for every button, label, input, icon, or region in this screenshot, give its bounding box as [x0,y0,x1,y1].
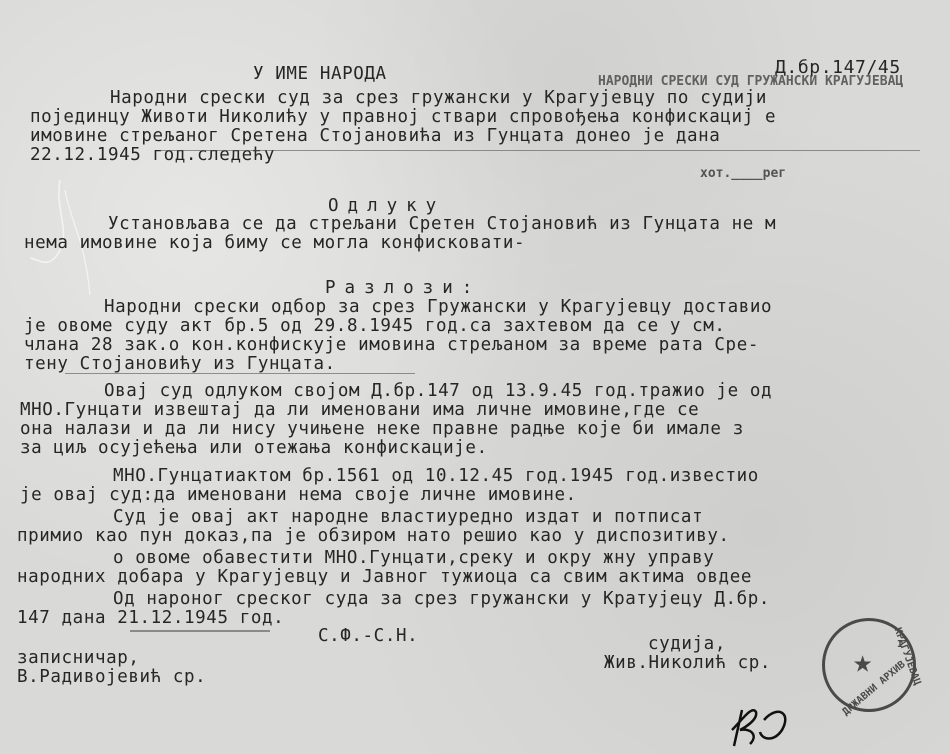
reasons-line-14: народних добара у Крагујевцу и Јавног ту… [17,567,752,587]
clerk-name: В.Радивојевић ср. [17,667,206,687]
reasons-line-3: члана 28 зак.о кон.конфискује имовина ст… [24,335,759,355]
decision-line-1: Установљава се да стрељани Сретен Стојан… [108,214,776,234]
stamp-inner-text: КРАГУЈЕВАЦ [892,626,923,686]
reasons-heading: Разлози: [325,278,481,298]
decision-line-2: нема имовине која биму се могла конфиско… [24,233,525,253]
reasons-line-11: Суд је овај акт народне властиуредно изд… [113,507,703,527]
sf-sn-initials: С.Ф.-С.Н. [318,626,418,646]
reasons-line-1: Народни срески одбор за срез Гружански у… [104,297,772,317]
stamp-numeral: I [897,639,903,650]
intro-line-3: имовине стрељаног Сретена Стојановића из… [30,126,720,146]
reasons-line-5: Овај суд одлуком својом Д.бр.147 од 13.9… [104,381,772,401]
reasons-line-6: МНО.Гунцати извештај да ли именовани има… [20,400,699,420]
scanned-court-document: У ИМЕ НАРОДА Д.бр.147/45 НАРОДНИ СРЕСКИ … [0,0,950,754]
judge-name: Жив.Николић ср. [604,653,771,673]
document-heading: У ИМЕ НАРОДА [253,64,387,84]
intro-line-1: Народни срески суд за срез гружански у К… [110,88,767,108]
judge-title: судија, [648,634,726,654]
reasons-line-12: примио као пун доказ,па је обзиром нато … [17,526,730,546]
underline-mark [130,630,270,632]
reasons-line-16: 147 дана 21.12.1945 год. [17,608,284,628]
underline-mark [65,373,415,374]
reasons-line-13: о овоме обавестити МНО.Гунцати,среку и о… [113,548,714,568]
star-icon: ★ [853,645,872,677]
reasons-line-10: је овај суд:да именовани нема своје личн… [20,485,577,505]
handwritten-number [722,700,792,750]
reasons-line-9: МНО.Гунцатиактом бр.1561 од 10.12.45 год… [113,466,759,486]
underline-mark [160,150,920,151]
clerk-title: записничар, [17,648,140,668]
intro-line-2: појединцу Животи Николићу у правној ства… [30,107,776,127]
stamp-registry: хот.____рег [700,166,786,181]
reasons-line-15: Од нароног среског суда за срез гружанск… [113,589,770,609]
reasons-line-7: она налази и да ли нису учињене неке пра… [20,419,744,439]
decision-heading: Одлуку [328,196,445,216]
stamp-outer-text: ДРЖАВНИ АРХИВ [841,659,908,718]
archive-round-stamp: ★ ДРЖАВНИ АРХИВ КРАГУЈЕВАЦ I [822,618,916,712]
intro-line-4: 22.12.1945 год.следећу [30,145,275,165]
reasons-line-8: за циљ осујећења или отежања конфискациј… [20,438,488,458]
reasons-line-4: тену Стојановићу из Гунцата. [24,354,336,374]
reasons-line-2: је овоме суду акт бр.5 од 29.8.1945 год.… [24,316,726,336]
